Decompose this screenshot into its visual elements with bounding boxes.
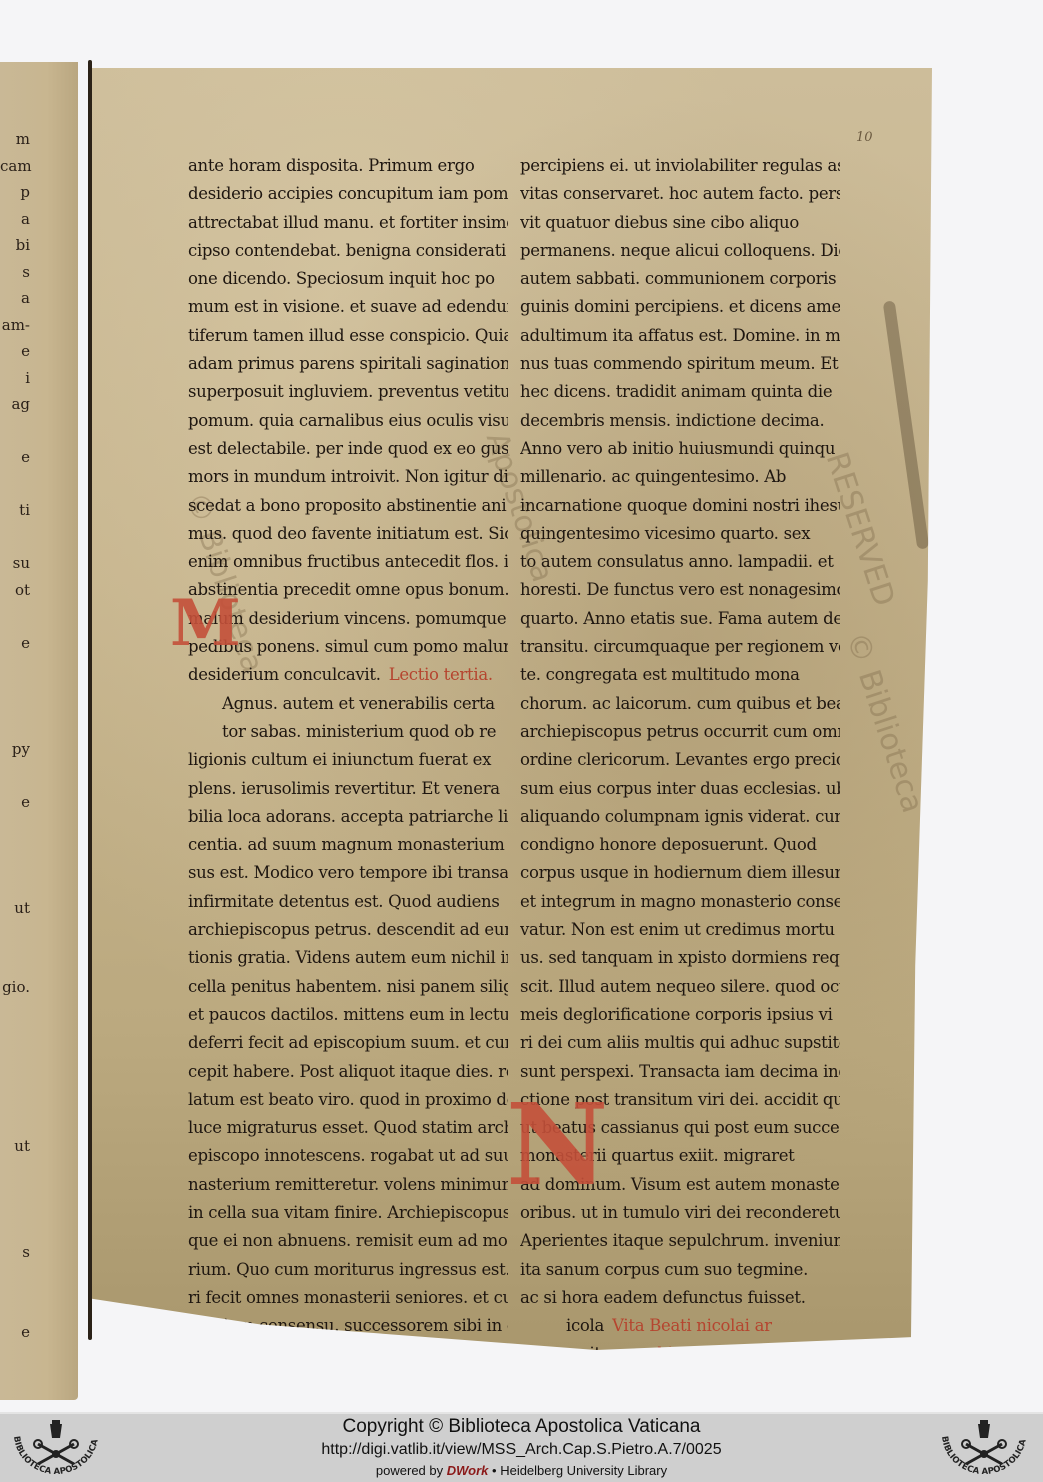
text-line: nus tuas commendo spiritum meum. Et — [520, 350, 840, 378]
svg-text:BIBLIOTECA APOSTOLICA VATICANA: BIBLIOTECA APOSTOLICA VATICANA — [2, 1414, 101, 1477]
left-page-text-fragment: e — [0, 634, 30, 652]
text-line: corpus usque in hodiernum diem illesum — [520, 859, 840, 887]
text-line: superposuit ingluviem. preventus vetitum — [188, 378, 508, 406]
text-line: tor sabas. ministerium quod ob re — [188, 718, 508, 746]
left-page-text-fragment: e — [0, 342, 30, 360]
text-line: et integrum in magno monasterio conser — [520, 888, 840, 916]
rubric-heading: Vita Beati nicolai ar — [612, 1316, 772, 1335]
text-line: vatur. Non est enim ut credimus mortu — [520, 916, 840, 944]
text-line: mors in mundum introivit. Non igitur di — [188, 463, 508, 491]
text-line: tionis gratia. Videns autem eum nichil i… — [188, 944, 508, 972]
text-line: quingentesimo vicesimo quarto. sex — [520, 520, 840, 548]
powered-by: powered by DWork • Heidelberg University… — [0, 1463, 1043, 1478]
text-fragment: icola — [566, 1316, 604, 1335]
text-line: tiferum tamen illud esse conspicio. Quia… — [188, 322, 508, 350]
text-line: et paucos dactilos. mittens eum in lectu… — [188, 1001, 508, 1029]
text-line: bilia loca adorans. accepta patriarche l… — [188, 803, 508, 831]
text-line: in cella sua vitam finire. Archiepiscopu… — [188, 1199, 508, 1227]
text-line: adam primus parens spiritali saginationi — [188, 350, 508, 378]
left-page-text-fragment: ut — [0, 1137, 30, 1155]
left-page-text-fragment: m — [0, 130, 30, 148]
text-line: vitas conservaret. hoc autem facto. pers… — [520, 180, 840, 208]
left-page-text-fragment: e — [0, 793, 30, 811]
text-line: te. congregata est multitudo mona — [520, 661, 840, 689]
text-line: transitu. circumquaque per regionem vola… — [520, 633, 840, 661]
text-line: archiepiscopus petrus occurrit cum omni — [520, 718, 840, 746]
text-fragment: ex illustri prosapia ortus. cuius — [566, 1373, 816, 1392]
left-page-text-fragment: ut — [0, 899, 30, 917]
book-gutter — [88, 60, 92, 1340]
watermark-text: © Biblioteca — [839, 628, 930, 817]
left-page-text-fragment: e — [0, 1323, 30, 1341]
text-line: icolaVita Beati nicolai ar — [520, 1312, 840, 1340]
left-page-text-fragment: su — [0, 554, 30, 572]
text-line: one dicendo. Speciosum inquit hoc po — [188, 265, 508, 293]
text-line: vit quatuor diebus sine cibo aliquo — [520, 209, 840, 237]
svg-text:BIBLIOTECA APOSTOLICA VATICANA: BIBLIOTECA APOSTOLICA VATICANA — [930, 1414, 1029, 1477]
left-page-text-fragment: i — [0, 369, 30, 387]
text-line: hec dicens. tradidit animam quinta die — [520, 378, 840, 406]
text-line: dem monasterii regimine ordinavit — [188, 1340, 508, 1368]
text-line: que ei non abnuens. remisit eum ad monas… — [188, 1227, 508, 1255]
text-line: episcopo innotescens. rogabat ut ad suum… — [188, 1142, 508, 1170]
text-line: cipso contendebat. benigna considerati — [188, 237, 508, 265]
left-page-text-fragment: cam — [0, 157, 30, 175]
left-page-text-fragment: am- — [0, 316, 30, 334]
left-page-text-fragment: ti — [0, 501, 30, 519]
text-line: horesti. De functus vero est nonagesimo — [520, 576, 840, 604]
page-url[interactable]: http://digi.vatlib.it/view/MSS_Arch.Cap.… — [0, 1441, 1043, 1459]
text-line: archiepiscopus petrus. descendit ad eum … — [188, 916, 508, 944]
text-column-left: ante horam disposita. Primum ergodesider… — [188, 152, 508, 1397]
powered-prefix: powered by — [376, 1463, 443, 1478]
text-line: plens. ierusolimis revertitur. Et venera — [188, 775, 508, 803]
text-line: cepit habere. Post aliquot itaque dies. … — [188, 1058, 508, 1086]
text-line: luce migraturus esset. Quod statim archi — [188, 1114, 508, 1142]
vatican-library-logo: BIBLIOTECA APOSTOLICA VATICANA — [2, 1414, 110, 1480]
text-line: cella penitus habentem. nisi panem silig… — [188, 973, 508, 1001]
text-line: condigno honore deposuerunt. Quod — [520, 831, 840, 859]
rubric-heading: Lectio tertia. — [389, 665, 493, 684]
text-line: ac si hora eadem defunctus fuisset. — [520, 1284, 840, 1312]
text-line: ordine clericorum. Levantes ergo precio — [520, 746, 840, 774]
text-line: sum eius corpus inter duas ecclesias. ub… — [520, 775, 840, 803]
text-line: ri fecit omnes monasterii seniores. et c… — [188, 1284, 508, 1312]
text-line: pomum. quia carnalibus eius oculis visum — [188, 407, 508, 435]
text-line: ligionis cultum ei iniunctum fuerat ex — [188, 746, 508, 774]
left-page-text-fragment: py — [0, 740, 30, 758]
text-line: quendam bigantium genere. nomine melitam… — [188, 1369, 508, 1397]
left-page-text-fragment: gio. — [0, 978, 30, 996]
folio-number: 10 — [856, 130, 873, 145]
text-line: adultimum ita affatus est. Domine. in ma — [520, 322, 840, 350]
vatican-library-logo: BIBLIOTECA APOSTOLICA VATICANA — [930, 1414, 1038, 1480]
left-page-text-fragment: s — [0, 263, 30, 281]
left-page-text-fragment: ag — [0, 395, 30, 413]
text-line: Agnus. autem et venerabilis certa — [188, 690, 508, 718]
text-line: sus est. Modico vero tempore ibi transac… — [188, 859, 508, 887]
text-line: infirmitate detentus est. Quod audiens — [188, 888, 508, 916]
left-page-text-fragment: s — [0, 1243, 30, 1261]
left-page-text-fragment: p — [0, 183, 30, 201]
left-page-text-fragment: ot — [0, 581, 30, 599]
text-line: enim omnibus fructibus antecedit flos. i… — [188, 548, 508, 576]
text-line: ri dei cum aliis multis qui adhuc supsti… — [520, 1029, 840, 1057]
text-line: scedat a bono proposito abstinentie ani — [188, 492, 508, 520]
text-line: decembris mensis. indictione decima. — [520, 407, 840, 435]
text-line: incarnatione quoque domini nostri ihesu … — [520, 492, 840, 520]
powered-suffix: • Heidelberg University Library — [492, 1463, 667, 1478]
text-line: centia. ad suum magnum monasterium rever — [188, 831, 508, 859]
rubric-heading: chiepiscopi. Lectio prima. — [648, 1344, 840, 1363]
left-page-text-fragment: e — [0, 448, 30, 466]
text-line: millenario. ac quingentesimo. Ab — [520, 463, 840, 491]
illuminated-initial-n: N — [506, 1102, 608, 1190]
text-line: est delectabile. per inde quod ex eo gus… — [188, 435, 508, 463]
text-fragment: us itaque — [566, 1344, 640, 1363]
illuminated-initial-m: M — [170, 580, 241, 668]
text-line: attrectabat illud manu. et fortiter insi… — [188, 209, 508, 237]
text-line: chorum. ac laicorum. cum quibus et beatu… — [520, 690, 840, 718]
parchment-stain — [883, 300, 930, 549]
papal-keys-emblem-icon: BIBLIOTECA APOSTOLICA VATICANA — [930, 1414, 1038, 1480]
text-line: quarto. Anno etatis sue. Fama autem de e… — [520, 605, 840, 633]
papal-keys-emblem-icon: BIBLIOTECA APOSTOLICA VATICANA — [2, 1414, 110, 1480]
text-line: Aperientes itaque sepulchrum. invenium — [520, 1227, 840, 1255]
text-line: ex illustri prosapia ortus. cuius — [520, 1369, 840, 1397]
text-line: omnium consensu. successorem sibi in eiu… — [188, 1312, 508, 1340]
copyright-notice: Copyright © Biblioteca Apostolica Vatica… — [0, 1416, 1043, 1438]
left-page-text-fragment: bi — [0, 236, 30, 254]
text-line: percipiens ei. ut inviolabiliter regulas… — [520, 152, 840, 180]
text-line: permanens. neque alicui colloquens. Die — [520, 237, 840, 265]
left-page-text-fragment: a — [0, 210, 30, 228]
left-page-edge: mcampabisaam-eiagetisuotepyeutgio.utse — [0, 62, 78, 1400]
text-line: Anno vero ab initio huiusmundi quinqu — [520, 435, 840, 463]
text-line: rium. Quo cum moriturus ingressus est. v… — [188, 1256, 508, 1284]
text-line: latum est beato viro. quod in proximo de… — [188, 1086, 508, 1114]
text-line: guinis domini percipiens. et dicens amen… — [520, 293, 840, 321]
text-line: autem sabbati. communionem corporis et s… — [520, 265, 840, 293]
text-line: scit. Illud autem nequeo silere. quod oc… — [520, 973, 840, 1001]
text-line: to autem consulatus anno. lampadii. et — [520, 548, 840, 576]
text-line: mus. quod deo favente initiatum est. Sic… — [188, 520, 508, 548]
left-page-text-fragment: a — [0, 289, 30, 307]
right-page-folio: 10 © Biblioteca Apostolica RESERVED © Bi… — [92, 68, 932, 1350]
text-line: meis deglorificatione corporis ipsius vi — [520, 1001, 840, 1029]
text-line: aliquando columpnam ignis viderat. cum — [520, 803, 840, 831]
text-line: us. sed tanquam in xpisto dormiens requi… — [520, 944, 840, 972]
text-line: nasterium remitteretur. volens minimum — [188, 1171, 508, 1199]
dwork-brand-link[interactable]: DWork — [447, 1463, 489, 1478]
text-line: ita sanum corpus cum suo tegmine. — [520, 1256, 840, 1284]
text-line: mum est in visione. et suave ad edendum … — [188, 293, 508, 321]
text-line: desiderio accipies concupitum iam pomu — [188, 180, 508, 208]
text-line: ante horam disposita. Primum ergo — [188, 152, 508, 180]
text-line: us itaquechiepiscopi. Lectio prima. — [520, 1340, 840, 1368]
manuscript-scan: mcampabisaam-eiagetisuotepyeutgio.utse 1… — [0, 0, 1043, 1412]
footer-bar: Copyright © Biblioteca Apostolica Vatica… — [0, 1412, 1043, 1482]
text-line: deferri fecit ad episcopium suum. et cur… — [188, 1029, 508, 1057]
